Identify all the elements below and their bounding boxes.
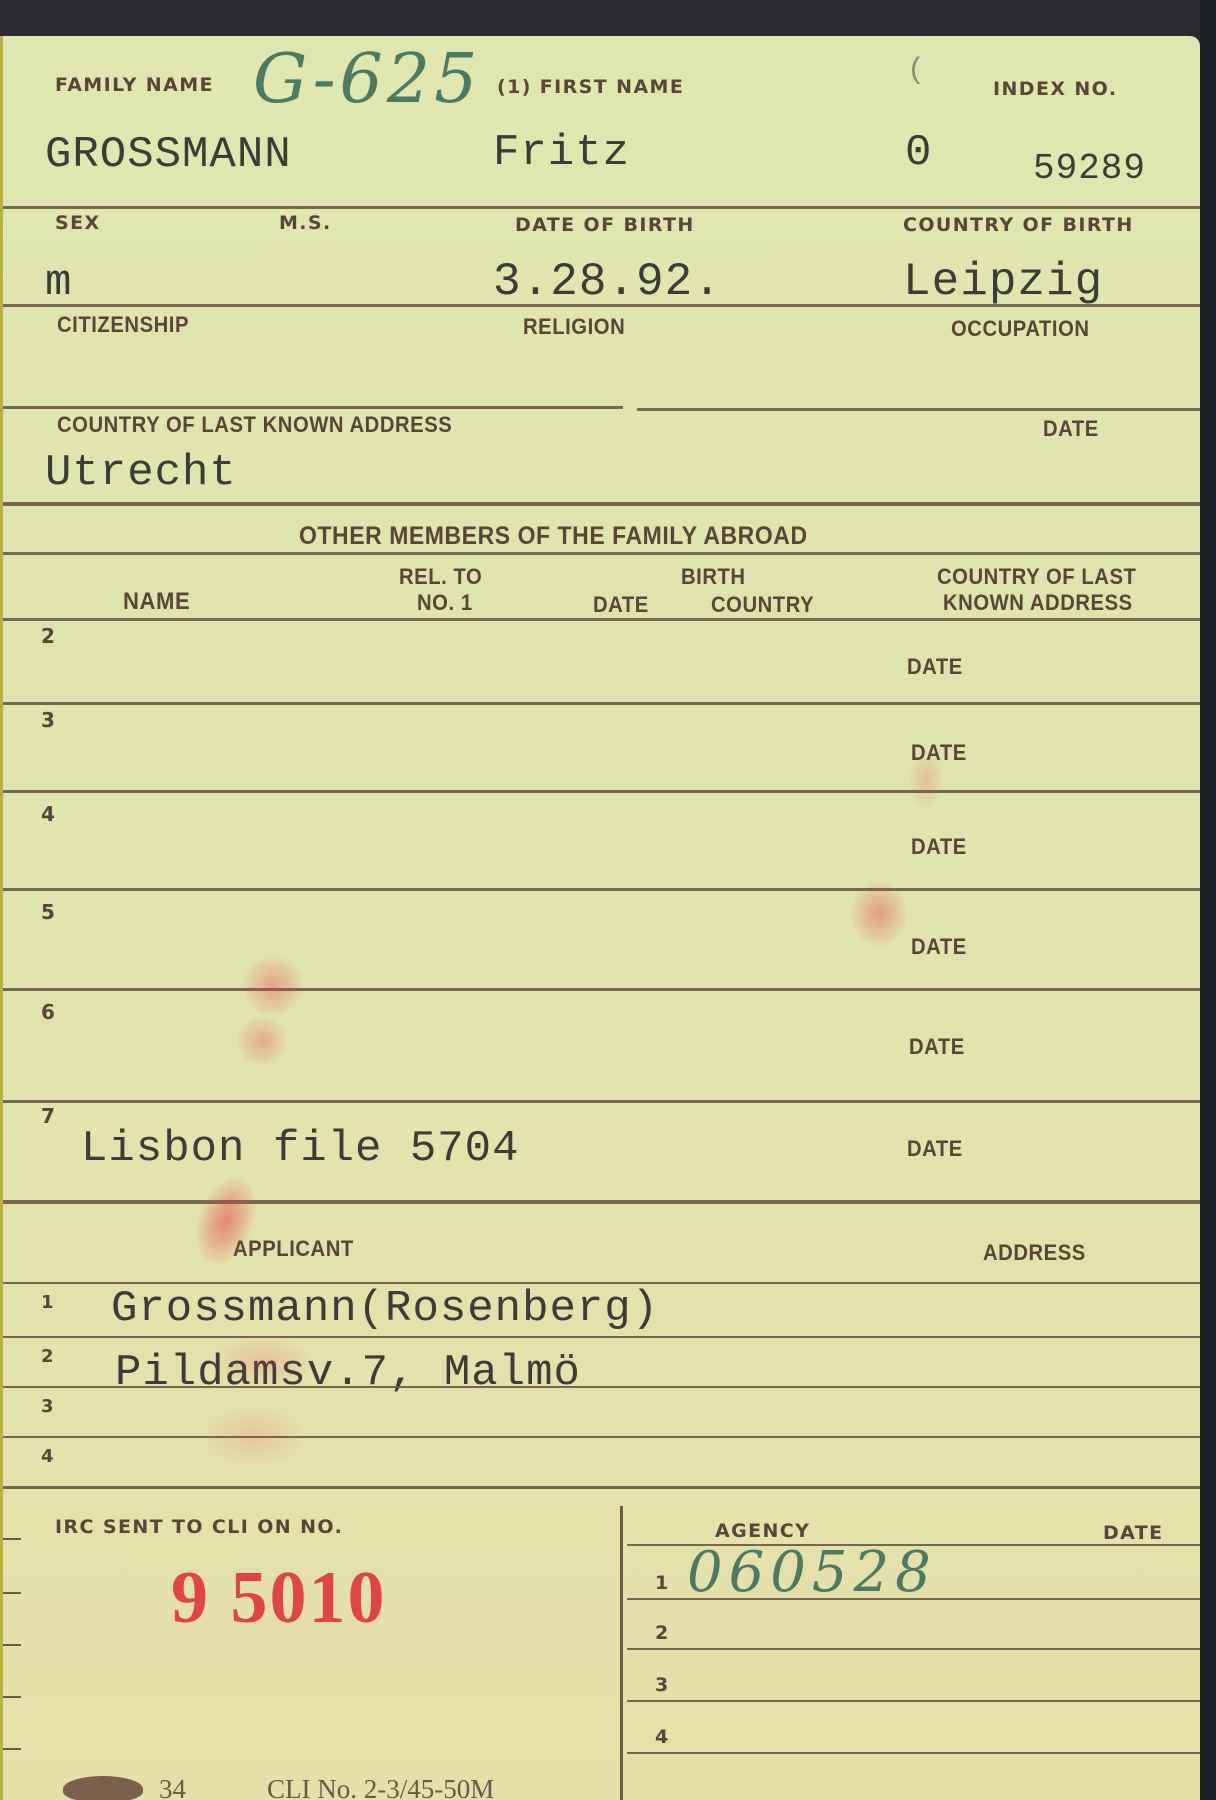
sex-value: m xyxy=(45,258,72,308)
citizenship-label: CITIZENSHIP xyxy=(57,312,189,338)
religion-label: RELIGION xyxy=(523,314,625,340)
divider xyxy=(3,1386,1200,1388)
red-stain xyxy=(243,956,303,1016)
section-divider xyxy=(620,1506,623,1800)
divider xyxy=(3,1336,1200,1338)
handwritten-file-code: G-625 xyxy=(253,40,481,119)
irc-stamp-number: 9 5010 xyxy=(171,1556,387,1641)
index-card: FAMILY NAME G-625 (1) FIRST NAME ( INDEX… xyxy=(0,36,1200,1800)
agency-date-label: DATE xyxy=(1103,1522,1164,1544)
margin-tick xyxy=(3,1748,21,1750)
red-stain xyxy=(909,752,943,808)
row-number: 3 xyxy=(655,1674,668,1696)
row-date-label: DATE xyxy=(909,1034,965,1060)
margin-tick xyxy=(3,1696,21,1698)
row-number: 1 xyxy=(655,1572,668,1594)
bracket-mark: ( xyxy=(907,54,926,88)
country-of-birth-value: Leipzig xyxy=(903,256,1103,308)
last-address-date-label: DATE xyxy=(1043,416,1099,442)
col-birth-header: BIRTH xyxy=(681,564,746,590)
row-number: 3 xyxy=(41,1396,54,1417)
divider xyxy=(3,790,1200,793)
union-label-logo-icon xyxy=(63,1776,143,1800)
col-birth-date-header: DATE xyxy=(593,592,649,618)
family-name-value: GROSSMANN xyxy=(45,130,292,180)
form-code: CLI No. 2-3/45-50M xyxy=(267,1774,494,1800)
row-date-label: DATE xyxy=(907,654,963,680)
divider xyxy=(3,552,1200,555)
agency-handwritten-code: 060528 xyxy=(687,1540,937,1605)
divider xyxy=(627,1700,1200,1702)
family-name-label: FAMILY NAME xyxy=(55,74,214,96)
index-no-label: INDEX NO. xyxy=(993,78,1117,100)
agency-label: AGENCY xyxy=(715,1520,810,1542)
red-stain xyxy=(851,882,907,946)
applicant-label: APPLICANT xyxy=(233,1236,354,1262)
index-prefix-value: 0 xyxy=(905,128,932,178)
col-rel-header-line1: REL. TO xyxy=(399,564,482,590)
divider xyxy=(3,618,1200,621)
union-number: 34 xyxy=(159,1774,186,1800)
first-name-label: (1) FIRST NAME xyxy=(497,76,684,98)
applicant-address-label: ADDRESS xyxy=(983,1240,1086,1266)
applicant-address-value: Pildamsv.7, Malmö xyxy=(115,1348,581,1398)
divider xyxy=(3,988,1200,991)
divider xyxy=(3,502,1200,506)
country-of-birth-label: COUNTRY OF BIRTH xyxy=(903,214,1134,236)
divider xyxy=(627,1648,1200,1650)
divider xyxy=(637,408,1200,411)
divider xyxy=(3,1486,1200,1489)
row-number: 6 xyxy=(41,1000,55,1024)
row-date-label: DATE xyxy=(907,1136,963,1162)
divider xyxy=(3,406,623,409)
red-stain xyxy=(213,1336,313,1386)
irc-sent-label: IRC SENT TO CLI ON NO. xyxy=(55,1516,343,1538)
divider xyxy=(3,1436,1200,1438)
margin-tick xyxy=(3,1592,21,1594)
divider xyxy=(3,1200,1200,1204)
col-last-address-header-line1: COUNTRY OF LAST xyxy=(937,564,1136,590)
row-number: 2 xyxy=(655,1622,668,1644)
red-stain xyxy=(237,1016,287,1066)
index-number-value: 59289 xyxy=(1033,148,1146,189)
margin-tick xyxy=(3,1538,21,1540)
row-number: 4 xyxy=(41,802,55,826)
divider xyxy=(3,702,1200,705)
margin-tick xyxy=(3,1644,21,1646)
row-number: 5 xyxy=(41,900,55,924)
divider xyxy=(3,1100,1200,1103)
row-number: 2 xyxy=(41,624,55,648)
sex-label: SEX xyxy=(55,212,101,234)
red-stain xyxy=(203,1406,303,1466)
row-date-label: DATE xyxy=(911,834,967,860)
row-text-value: Lisbon file 5704 xyxy=(81,1124,519,1174)
family-abroad-title: OTHER MEMBERS OF THE FAMILY ABROAD xyxy=(299,522,808,551)
divider xyxy=(3,888,1200,891)
divider xyxy=(627,1598,1200,1600)
divider xyxy=(3,304,1200,307)
scan-edge xyxy=(1200,0,1216,1800)
row-number: 3 xyxy=(41,708,55,732)
col-last-address-header-line2: KNOWN ADDRESS xyxy=(943,590,1133,616)
last-address-label: COUNTRY OF LAST KNOWN ADDRESS xyxy=(57,412,452,438)
date-of-birth-value: 3.28.92. xyxy=(493,256,722,308)
applicant-name-value: Grossmann(Rosenberg) xyxy=(111,1284,659,1334)
divider xyxy=(627,1752,1200,1754)
row-number: 4 xyxy=(655,1726,668,1748)
col-rel-header-line2: NO. 1 xyxy=(417,590,473,616)
row-number: 4 xyxy=(41,1446,54,1467)
row-number: 2 xyxy=(41,1346,54,1367)
date-of-birth-label: DATE OF BIRTH xyxy=(515,214,695,236)
row-number: 7 xyxy=(41,1104,55,1128)
occupation-label: OCCUPATION xyxy=(951,316,1090,342)
last-address-value: Utrecht xyxy=(45,448,237,498)
row-date-label: DATE xyxy=(911,934,967,960)
col-name-header: NAME xyxy=(123,588,190,616)
marital-status-label: M.S. xyxy=(279,212,332,234)
col-birth-country-header: COUNTRY xyxy=(711,592,814,618)
row-number: 1 xyxy=(41,1292,54,1313)
divider xyxy=(3,206,1200,209)
first-name-value: Fritz xyxy=(493,128,630,178)
